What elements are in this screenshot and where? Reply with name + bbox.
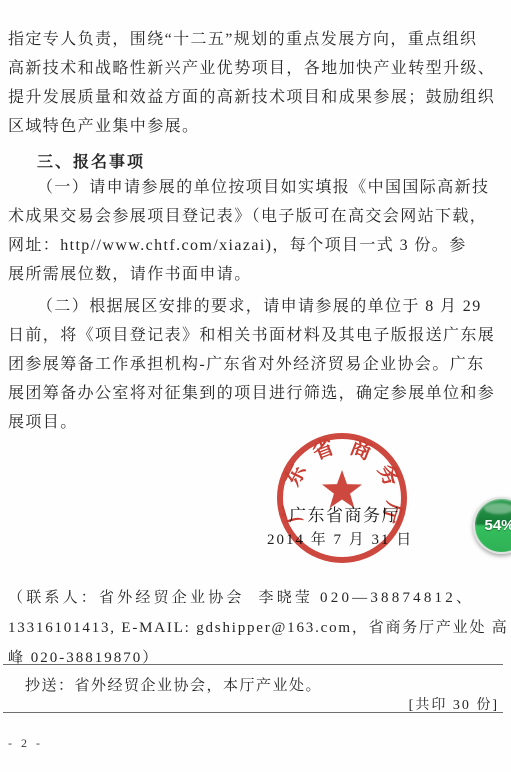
- print-count: [共印 30 份]: [409, 694, 499, 714]
- contact-line: 13316101413, E-MAIL: gdshipper@163.com，省…: [8, 618, 509, 638]
- contact-line: （联系人：省外经贸企业协会 李晓莹 020—38874812、: [8, 588, 474, 608]
- body-text-line: 提升发展质量和效益方面的高新技术项目和成果参展；鼓励组织: [8, 88, 495, 108]
- cc-line: 抄送：省外经贸企业协会，本厅产业处。: [25, 674, 322, 695]
- seal-star-icon: [322, 470, 362, 508]
- section-heading: 三、报名事项: [37, 149, 145, 172]
- divider: [3, 712, 503, 713]
- official-seal-stamp: 广东省商务厅: [272, 428, 412, 568]
- document-page: 指定专人负责，围绕“十二五”规划的重点发展方向，重点组织 高新技术和战略性新兴产…: [0, 0, 511, 772]
- body-text-line: （一）请申请参展的单位按项目如实填报《中国国际高新技: [37, 178, 489, 198]
- page-number: - 2 -: [8, 736, 43, 751]
- body-text-line: 术成果交易会参展项目登记表》（电子版可在高交会网站下载，: [8, 207, 487, 227]
- progress-badge[interactable]: 54%: [473, 497, 511, 554]
- seal-graphic: 广东省商务厅: [272, 428, 412, 568]
- body-text-line: 展所需展位数，请作书面申请。: [8, 265, 252, 285]
- body-text-line: （二）根据展区安排的要求，请申请参展的单位于 8 月 29: [37, 297, 482, 317]
- body-text-line: 展项目。: [8, 413, 78, 433]
- body-text-line: 指定专人负责，围绕“十二五”规划的重点发展方向，重点组织: [8, 30, 477, 50]
- progress-badge-value: 54%: [484, 517, 511, 534]
- contact-line: 峰 020-38819870）: [8, 648, 159, 668]
- body-text-line: 区域特色产业集中参展。: [8, 117, 199, 137]
- body-text-line: 高新技术和战略性新兴产业优势项目，各地加快产业转型升级、: [8, 59, 495, 79]
- body-text-line: 团参展筹备工作承担机构-广东省对外经济贸易企业协会。广东: [8, 355, 485, 375]
- body-text-line: 日前，将《项目登记表》和相关书面材料及其电子版报送广东展: [8, 326, 495, 346]
- divider: [3, 664, 503, 665]
- body-text-line-url: 网址：http//www.chtf.com/xiazai)，每个项目一式 3 份…: [8, 236, 467, 256]
- body-text-line: 展团筹备办公室将对征集到的项目进行筛选，确定参展单位和参: [8, 384, 495, 404]
